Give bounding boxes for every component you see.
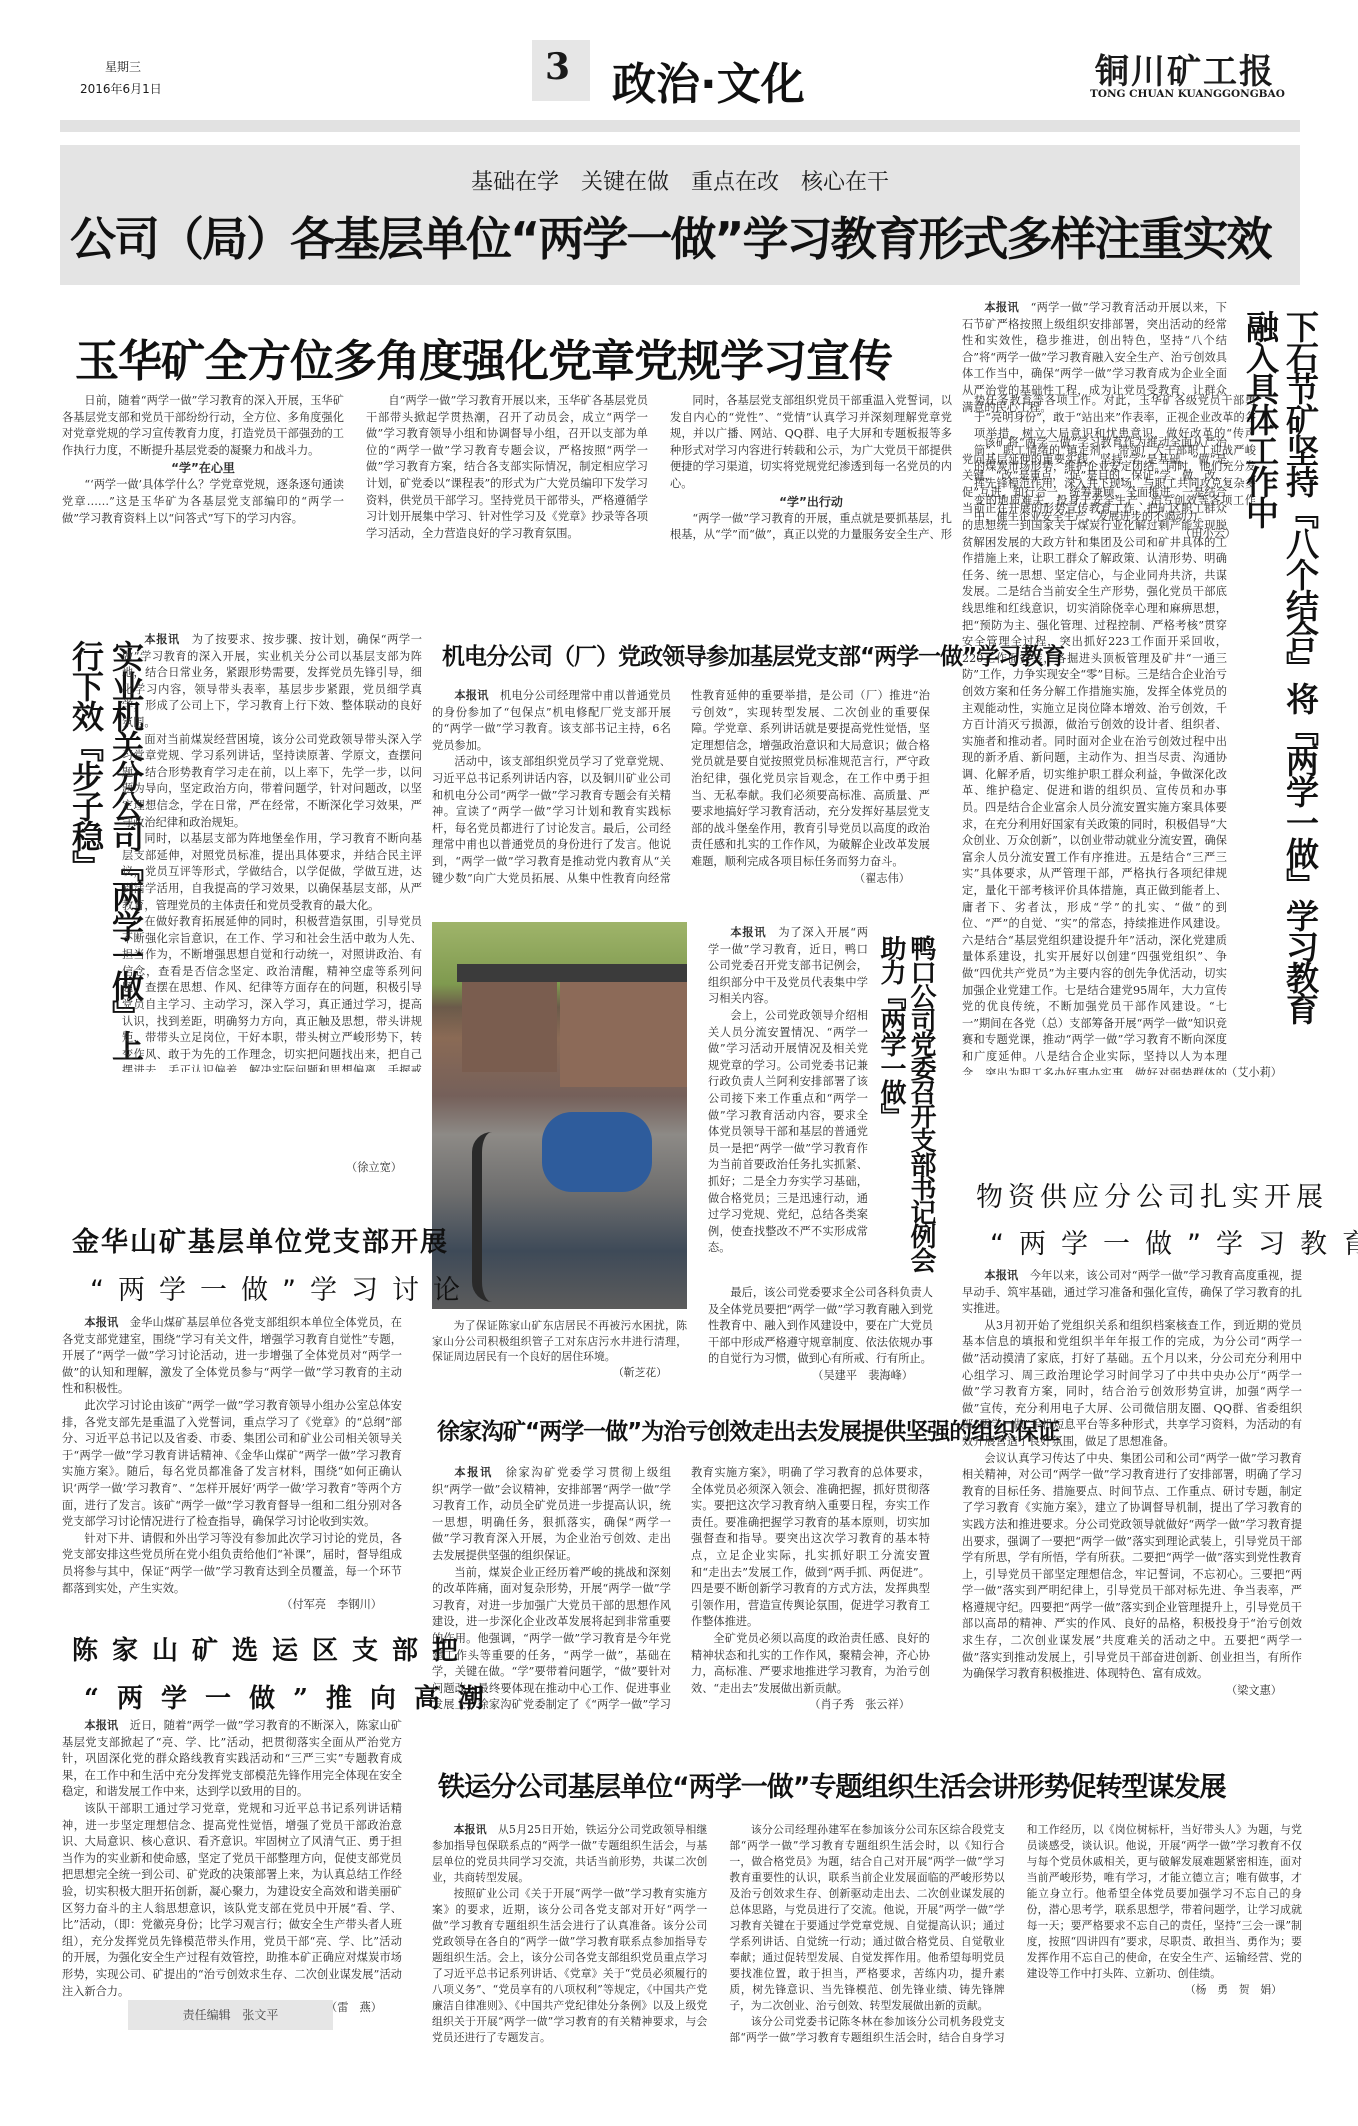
jidian-body: 本报讯 机电分公司经理常中甫以普通党员的身份参加了“包保点”机电修配厂党支部开展… <box>432 688 930 888</box>
xujiagou-body: 本报讯 徐家沟矿党委学习贯彻上级组织“两学一做”会议精神，安排部署“两学一做”学… <box>432 1465 930 1715</box>
shiye-byline: （徐立宽） <box>62 1160 422 1177</box>
issue-date: 2016年6月1日 <box>80 80 162 97</box>
photo-roof <box>457 964 687 982</box>
page-number: 3 <box>545 46 570 88</box>
xiashijie-body-cont: 该矿将“两学一做”学习教育作为推动全面从严治党向基层延伸的重要实践，坚持“学”是… <box>962 435 1227 1075</box>
shiye-body: 本报讯 为了按要求、按步骤、按计划，确保“两学一做”学习教育的深入开展，实业机关… <box>122 632 422 1072</box>
chenjiashan-headline-line1: 陈家山矿选运区支部把 <box>72 1630 472 1667</box>
wuzi-headline-line1: 物资供应分公司扎实开展 <box>976 1175 1328 1214</box>
xiashijie-headline: 下石节矿坚持『八个结合』将『两学一做』学习教育融入具体工作中 <box>1240 310 1320 1050</box>
yuhua-body: 日前，随着“两学一做”学习教育的深入开展，玉华矿各基层党支部和党员干部纷纷行动，… <box>62 393 952 553</box>
wuzi-body: 本报讯 今年以来，该公司对“两学一做”学习教育高度重视，提早动手、筑牢基础，通过… <box>962 1268 1302 1699</box>
editor-name: 张文平 <box>242 2008 278 2022</box>
tieyun-body: 本报讯 从5月25日开始，铁运分公司党政领导相继参加指导包保联系点的“两学一做”… <box>432 1822 1302 2062</box>
xiashijie-body: 本报讯 “两学一做”学习教育活动开展以来，下石节矿严格按照上级组织安排部署，突出… <box>962 300 1227 416</box>
banner-title: 公司（局）各基层单位“两学一做”学习教育形式多样注重实效 <box>70 203 1270 269</box>
photo-house-right <box>560 977 687 1087</box>
yakou-body: 本报讯 为了深入开展“两学一做”学习教育，近日，鸭口公司党委召开党支部书记例会，… <box>708 925 868 1285</box>
jinhuashan-headline-line1: 金华山矿基层单位党支部开展 <box>72 1220 449 1259</box>
photo-house-left <box>462 982 557 1072</box>
editor-box: 责任编辑 张文平 <box>128 2000 333 2030</box>
lead-banner: 基础在学 关键在做 重点在改 核心在干 公司（局）各基层单位“两学一做”学习教育… <box>60 145 1300 285</box>
paper-pinyin: TONG CHUAN KUANGGONGBAO <box>1090 88 1285 100</box>
editor-label: 责任编辑 <box>183 2008 231 2022</box>
chenjiashan-headline-line2: “两学一做”推向高潮 <box>84 1678 502 1715</box>
photo-caption: 为了保证陈家山矿东店居民不再被污水困扰，陈家山分公司积极组织管子工对东店污水井进… <box>432 1318 687 1380</box>
wuzi-headline-line2: “两学一做”学习教育 <box>990 1222 1358 1261</box>
section-title: 政治·文化 <box>612 48 805 112</box>
chenjiashan-body: 本报讯 近日，随着“两学一做”学习教育的不断深入，陈家山矿基层党支部掀起了“亮、… <box>62 1718 402 2017</box>
yuhua-headline: 玉华矿全方位多角度强化党章党规学习宣传 <box>75 325 892 389</box>
masthead-rule <box>60 120 1300 132</box>
yakou-headline: 鸭口公司党委召开支部书记例会助力『两学一做』 <box>876 935 936 1275</box>
paper-name: 铜川矿工报 <box>1095 44 1275 93</box>
jinhuashan-headline-line2: “两学一做”学习讨论 <box>90 1268 474 1307</box>
photo-workers <box>542 1112 652 1192</box>
tieyun-headline: 铁运分公司基层单位“两学一做”专题组织生活会讲形势促转型谋发展 <box>438 1765 1226 1804</box>
weekday: 星期三 <box>105 58 141 75</box>
yakou-body-cont: 最后，该公司党委要求全公司各科负责人及全体党员要把“两学一做”学习教育融入到党性… <box>708 1285 933 1395</box>
jidian-headline: 机电分公司（厂）党政领导参加基层党支部“两学一做”学习教育 <box>442 638 1064 671</box>
jinhuashan-body: 本报讯 金华山煤矿基层单位各党支部组织本单位全体党员，在各党支部党建室，围绕“学… <box>62 1315 402 1614</box>
masthead: 星期三 2016年6月1日 3 政治·文化 铜川矿工报 TONG CHUAN K… <box>0 0 1358 140</box>
xiashijie-byline: （艾小莉） <box>962 1065 1302 1082</box>
photo-hose <box>472 1132 512 1302</box>
banner-kicker: 基础在学 关键在做 重点在改 核心在干 <box>60 165 1300 196</box>
news-photo <box>432 922 687 1309</box>
